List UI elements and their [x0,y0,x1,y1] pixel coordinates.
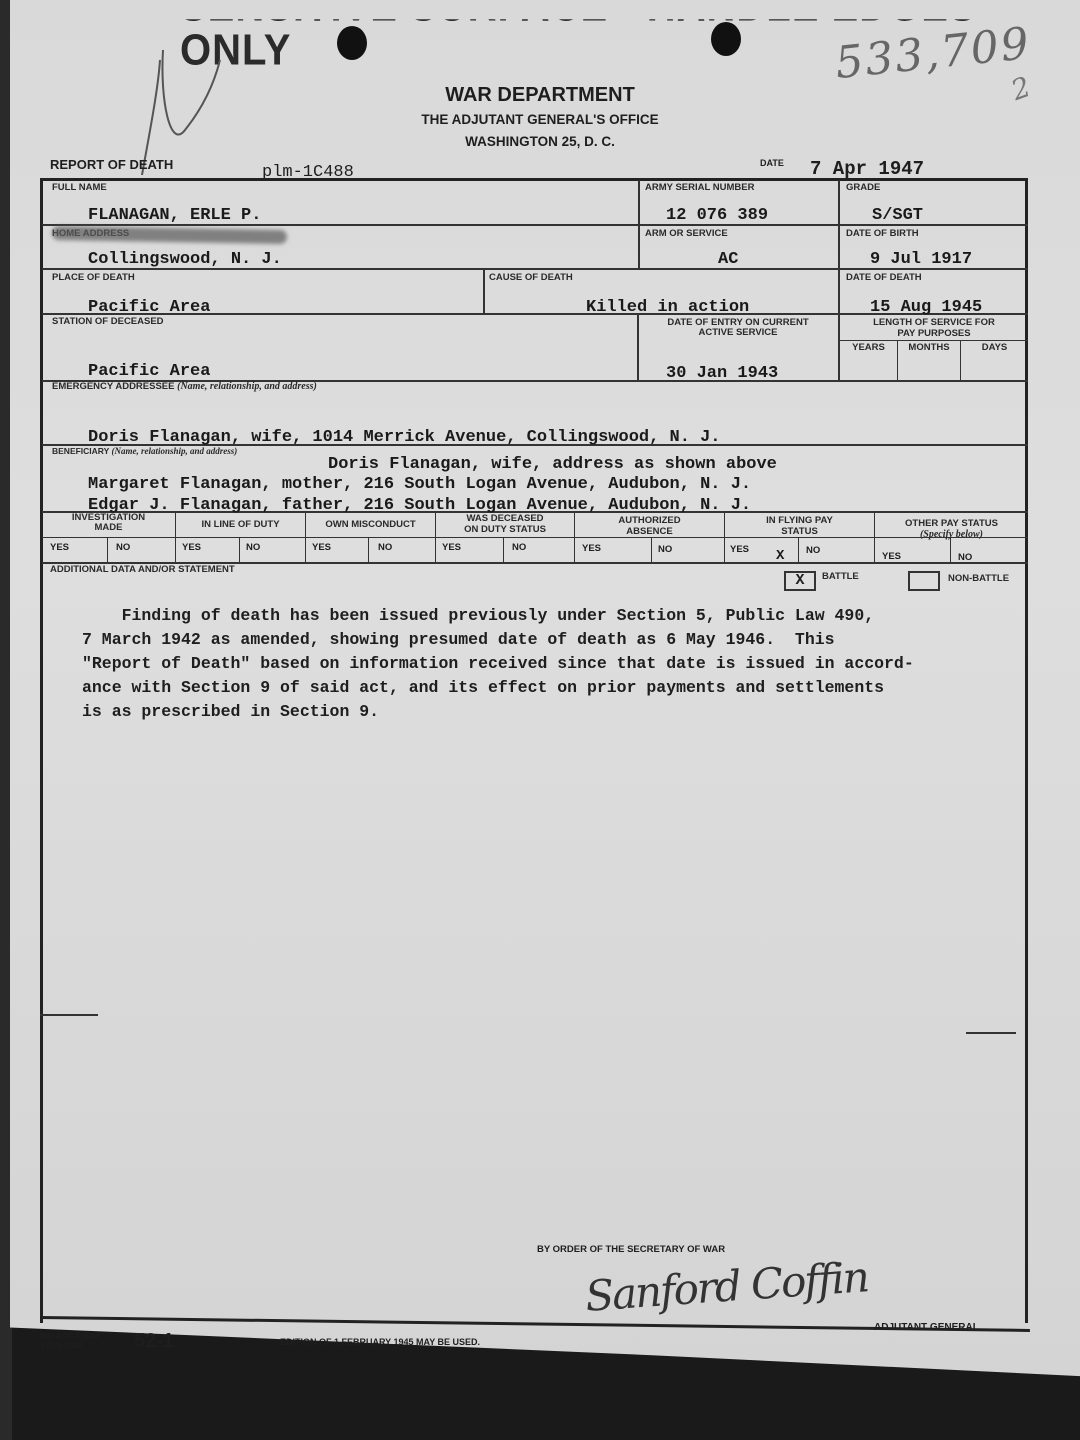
beneficiary-line: Margaret Flanagan, mother, 216 South Log… [88,475,751,494]
date-of-death-label: DATE OF DEATH [846,272,922,283]
line-of-duty-no[interactable]: NO [246,542,260,553]
form-title: REPORT OF DEATH [50,157,173,172]
entry-date-value: 30 Jan 1943 [666,364,778,383]
absence-no[interactable]: NO [658,544,672,555]
place-of-death-label: PLACE OF DEATH [52,272,135,283]
absence-yes[interactable]: YES [582,543,601,554]
report-date: 7 Apr 1947 [810,158,924,180]
divider [950,537,951,562]
cause-of-death-value: Killed in action [586,298,749,317]
fold-mark [966,1032,1016,1034]
status-header-line: ABSENCE [575,526,724,537]
office-location: WASHINGTON 25, D. C. [0,134,1080,149]
fold-mark [40,1014,98,1016]
cause-of-death-label: CAUSE OF DEATH [489,272,573,283]
non-battle-label: NON-BATTLE [948,573,1009,584]
signature-title: ADJUTANT GENERAL [874,1322,979,1333]
status-header-duty-status: WAS DECEASED ON DUTY STATUS [436,513,574,535]
home-address-value: Collingswood, N. J. [88,250,282,269]
full-name-value: FLANAGAN, ERLE P. [88,206,261,225]
misconduct-yes[interactable]: YES [312,542,331,553]
misconduct-no[interactable]: NO [378,542,392,553]
status-header-absence: AUTHORIZED ABSENCE [575,515,724,537]
station-value: Pacific Area [88,362,210,381]
signature-order-line: BY ORDER OF THE SECRETARY OF WAR [537,1244,725,1255]
investigation-yes[interactable]: YES [50,542,69,553]
serial-number-label: ARMY SERIAL NUMBER [645,182,754,193]
divider [637,313,639,380]
service-length-label-2: PAY PURPOSES [840,328,1028,339]
place-of-death-value: Pacific Area [88,298,210,317]
divider [503,537,504,562]
date-of-birth-value: 9 Jul 1917 [870,250,972,269]
statement-text: Finding of death has been issued previou… [82,604,1022,724]
status-header-line: (Specify below) [920,529,983,540]
edition-note: EDITION OF 1 FEBRUARY 1945 MAY BE USED. [280,1337,480,1347]
form-label-line: WD AGO FORM [40,1332,99,1341]
full-name-label: FULL NAME [52,182,107,193]
beneficiary-hint: (Name, relationship, and address) [112,446,238,456]
emergency-addressee-label-text: EMERGENCY ADDRESSEE [52,381,174,392]
divider [368,537,369,562]
service-length-label-1: LENGTH OF SERVICE FOR [840,317,1028,328]
status-header-line: ON DUTY STATUS [436,524,574,535]
status-header-line: IN FLYING PAY [725,515,874,526]
status-header-line: MADE [42,523,175,533]
form-number: 52-1 [134,1330,174,1353]
other-pay-no[interactable]: NO [958,552,972,563]
status-header-flying-pay: IN FLYING PAY STATUS [725,515,874,537]
station-label: STATION OF DECEASED [52,316,164,327]
punch-hole-icon [337,26,367,60]
flying-pay-yes-mark: X [776,548,784,564]
grade-value: S/SGT [872,206,923,225]
emergency-addressee-value: Doris Flanagan, wife, 1014 Merrick Avenu… [88,428,721,447]
arm-or-service-label: ARM OR SERVICE [645,228,728,239]
date-of-death-value: 15 Aug 1945 [870,298,982,317]
entry-date-label-2: ACTIVE SERVICE [640,327,836,338]
status-header-line: STATUS [725,526,874,537]
years-label: YEARS [840,342,897,353]
duty-status-yes[interactable]: YES [442,542,461,553]
beneficiary-label: BENEFICIARY (Name, relationship, and add… [52,446,237,456]
flying-pay-no[interactable]: NO [806,545,820,556]
months-label: MONTHS [898,342,960,353]
divider [798,537,799,562]
arm-or-service-value: AC [718,250,738,269]
days-label: DAYS [961,342,1028,353]
serial-number-value: 12 076 389 [666,206,768,225]
emergency-addressee-hint: (Name, relationship, and address) [177,381,317,392]
status-header-other-pay: OTHER PAY STATUS (Specify below) [875,518,1028,540]
emergency-addressee-label: EMERGENCY ADDRESSEE (Name, relationship,… [52,381,317,392]
additional-data-label: ADDITIONAL DATA AND/OR STATEMENT [50,564,235,575]
status-header-misconduct: OWN MISCONDUCT [306,519,435,530]
department-title: WAR DEPARTMENT [0,84,1080,107]
duty-status-no[interactable]: NO [512,542,526,553]
status-header-line: WAS DECEASED [436,513,574,524]
divider [483,268,485,313]
beneficiary-line: Doris Flanagan, wife, address as shown a… [328,455,777,474]
other-pay-yes[interactable]: YES [882,551,901,562]
flying-pay-yes[interactable]: YES [730,544,749,555]
punch-hole-icon [711,22,741,56]
battle-label: BATTLE [822,571,859,582]
status-header-line: AUTHORIZED [575,515,724,526]
status-header-line-of-duty: IN LINE OF DUTY [176,519,305,530]
divider [638,180,640,268]
line-of-duty-yes[interactable]: YES [182,542,201,553]
beneficiary-label-text: BENEFICIARY [52,446,109,456]
status-header-investigation: INVESTIGATION MADE [42,513,175,533]
status-header-line: OTHER PAY STATUS [875,518,1028,529]
date-label: DATE [760,158,784,168]
battle-checkbox[interactable]: X [784,571,816,591]
date-of-birth-label: DATE OF BIRTH [846,228,919,239]
grade-label: GRADE [846,182,880,193]
divider [239,537,240,562]
office-title: THE ADJUTANT GENERAL'S OFFICE [0,112,1080,127]
investigation-no[interactable]: NO [116,542,130,553]
form-label-line: 1 JUN 1945 [40,1341,99,1350]
divider [651,537,652,562]
beneficiary-line: Edgar J. Flanagan, father, 216 South Log… [88,496,751,515]
non-battle-checkbox[interactable] [908,571,940,591]
form-label: WD AGO FORM 1 JUN 1945 [40,1332,99,1350]
divider [840,340,1028,341]
divider [107,537,108,562]
